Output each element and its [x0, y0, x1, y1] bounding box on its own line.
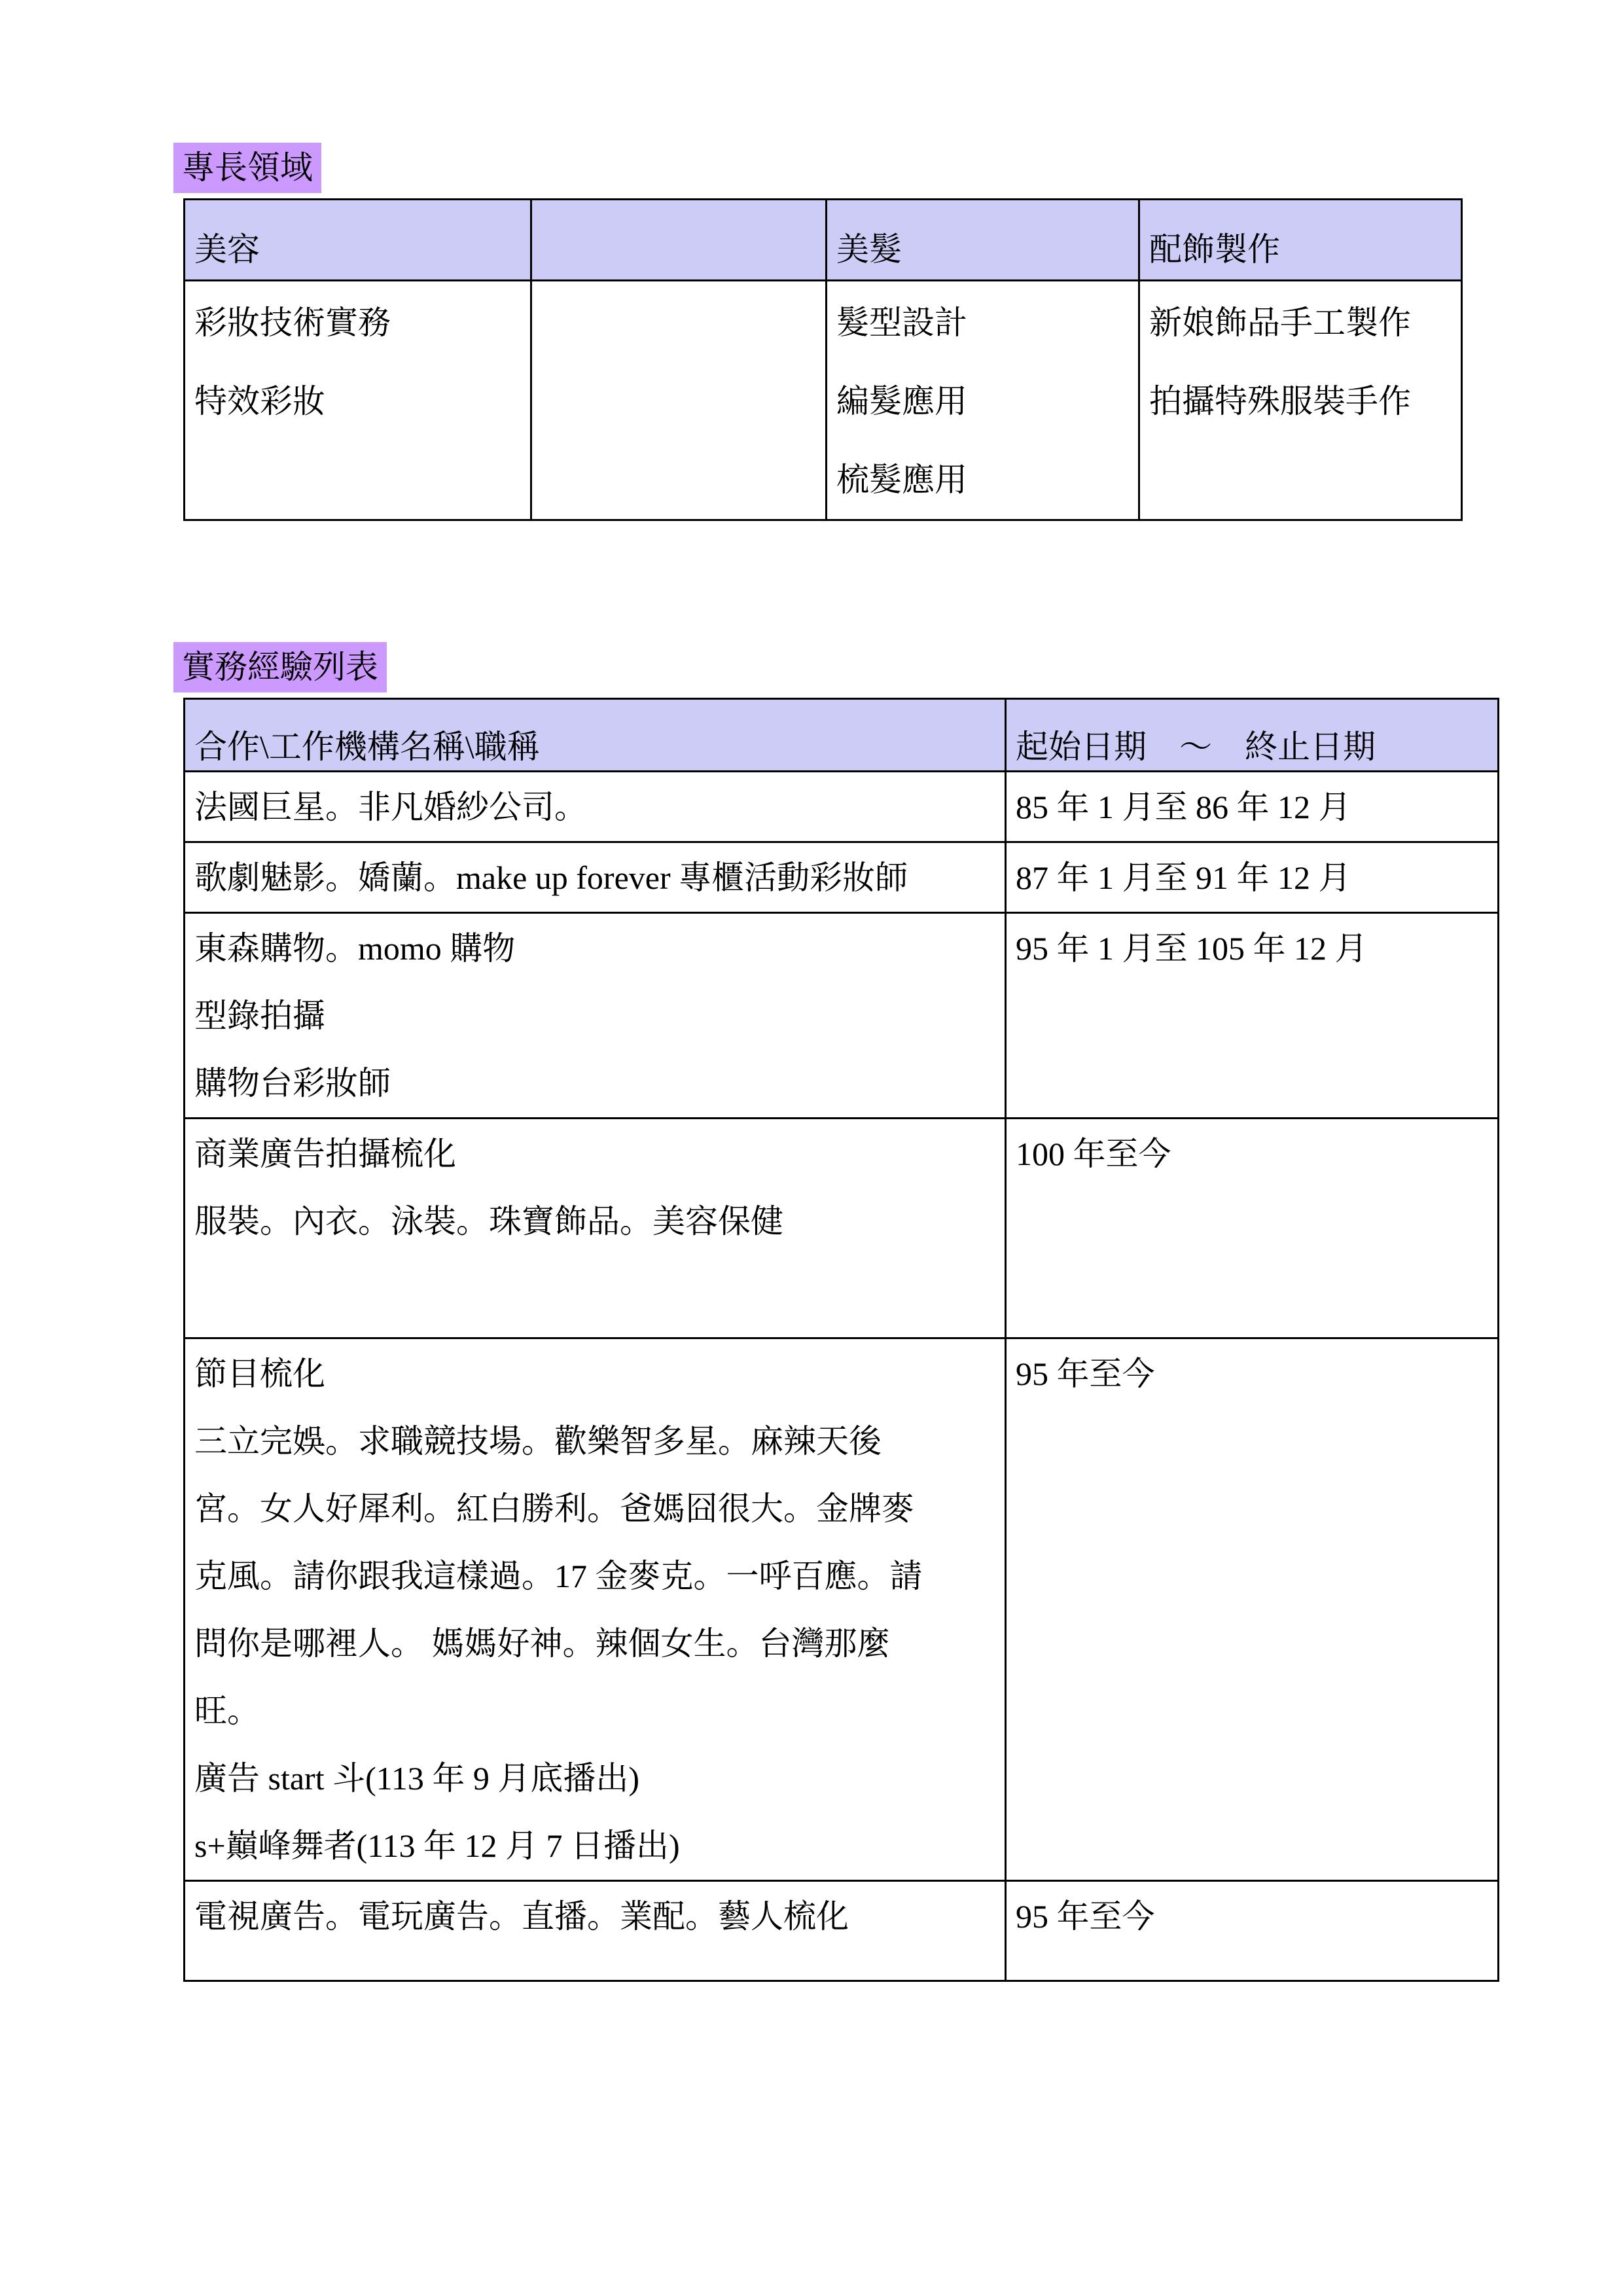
experience-org-line: 旺。: [194, 1677, 995, 1745]
experience-dates-cell: 95 年至今: [1006, 1881, 1499, 1981]
skills-body-row: 彩妝技術實務 特效彩妝 髮型設計 編髮應用 梳髮應用 新娘飾品手工製作 拍攝特殊…: [185, 281, 1462, 520]
skill-line: 拍攝特殊服裝手作: [1149, 362, 1452, 440]
experience-org-line: 歌劇魅影。嬌蘭。make up forever 專櫃活動彩妝師: [194, 844, 995, 912]
experience-dates-cell: 100 年至今: [1006, 1119, 1499, 1338]
skills-header-beauty-label: 美容: [194, 231, 260, 268]
experience-org-line: 電視廣告。電玩廣告。直播。業配。藝人梳化: [194, 1883, 995, 1950]
experience-org-line: 宮。女人好犀利。紅白勝利。爸媽囧很大。金牌麥: [194, 1475, 995, 1543]
experience-org-line: 廣告 start 斗(113 年 9 月底播出): [194, 1745, 995, 1812]
experience-org-line: 法國巨星。非凡婚紗公司。: [194, 774, 995, 841]
experience-org-cell: 歌劇魅影。嬌蘭。make up forever 專櫃活動彩妝師: [185, 842, 1006, 913]
experience-row: 法國巨星。非凡婚紗公司。 85 年 1 月至 86 年 12 月: [185, 772, 1499, 842]
skills-cell-accessory-making: 新娘飾品手工製作 拍攝特殊服裝手作: [1139, 281, 1462, 520]
skill-line: 梳髮應用: [836, 440, 1129, 519]
experience-dates-value: 95 年 1 月至 105 年 12 月: [1016, 915, 1488, 982]
skills-header-empty: [531, 200, 827, 281]
skills-cell-beauty: 彩妝技術實務 特效彩妝: [185, 281, 531, 520]
skill-line: 髮型設計: [836, 283, 1129, 362]
experience-org-line: 型錄拍攝: [194, 982, 995, 1050]
skills-header-accessory-making-label: 配飾製作: [1149, 231, 1280, 268]
experience-header-row: 合作\工作機構名稱\職稱 起始日期 ～ 終止日期: [185, 699, 1499, 772]
skills-header-row: 美容 美髮 配飾製作: [185, 200, 1462, 281]
experience-org-line: 東森購物。momo 購物: [194, 915, 995, 982]
experience-org-cell: 節目梳化 三立完娛。求職競技場。歡樂智多星。麻辣天後 宮。女人好犀利。紅白勝利。…: [185, 1338, 1006, 1881]
experience-org-line: 節目梳化: [194, 1340, 995, 1408]
experience-row: 節目梳化 三立完娛。求職競技場。歡樂智多星。麻辣天後 宮。女人好犀利。紅白勝利。…: [185, 1338, 1499, 1881]
skills-header-hairdressing: 美髮: [827, 200, 1139, 281]
skills-header-hairdressing-label: 美髮: [836, 231, 902, 268]
document-page: 專長領域 美容 美髮 配飾製作: [0, 0, 1623, 2296]
experience-org-line: 問你是哪裡人。 媽媽好神。辣個女生。台灣那麼: [194, 1610, 995, 1677]
skill-line: 彩妝技術實務: [194, 283, 521, 362]
experience-row: 商業廣告拍攝梳化 服裝。內衣。泳裝。珠寶飾品。美容保健 100 年至今: [185, 1119, 1499, 1338]
skill-line: [541, 283, 816, 362]
skills-header-accessory-making: 配飾製作: [1139, 200, 1462, 281]
experience-row: 東森購物。momo 購物 型錄拍攝 購物台彩妝師 95 年 1 月至 105 年…: [185, 913, 1499, 1119]
experience-header-organization: 合作\工作機構名稱\職稱: [185, 699, 1006, 772]
experience-header-organization-label: 合作\工作機構名稱\職稱: [194, 728, 540, 765]
section-heading-skills: 專長領域: [173, 143, 321, 193]
experience-org-line: 購物台彩妝師: [194, 1050, 995, 1117]
skill-line: 特效彩妝: [194, 362, 521, 440]
experience-org-line: 三立完娛。求職競技場。歡樂智多星。麻辣天後: [194, 1408, 995, 1475]
skill-line: 新娘飾品手工製作: [1149, 283, 1452, 362]
section-heading-experience: 實務經驗列表: [173, 642, 387, 692]
experience-org-line: s+巔峰舞者(113 年 12 月 7 日播出): [194, 1812, 995, 1880]
experience-dates-value: 85 年 1 月至 86 年 12 月: [1016, 774, 1488, 841]
experience-table: 合作\工作機構名稱\職稱 起始日期 ～ 終止日期 法國巨星。非凡婚紗公司。 85…: [183, 698, 1499, 1982]
experience-row: 歌劇魅影。嬌蘭。make up forever 專櫃活動彩妝師 87 年 1 月…: [185, 842, 1499, 913]
experience-dates-cell: 87 年 1 月至 91 年 12 月: [1006, 842, 1499, 913]
skill-line: 編髮應用: [836, 362, 1129, 440]
experience-org-cell: 電視廣告。電玩廣告。直播。業配。藝人梳化: [185, 1881, 1006, 1981]
experience-row: 電視廣告。電玩廣告。直播。業配。藝人梳化 95 年至今: [185, 1881, 1499, 1981]
skills-cell-empty: [531, 281, 827, 520]
experience-org-line: [194, 1255, 995, 1323]
experience-dates-value: 87 年 1 月至 91 年 12 月: [1016, 844, 1488, 912]
experience-org-line: 商業廣告拍攝梳化: [194, 1121, 995, 1188]
experience-dates-cell: 95 年至今: [1006, 1338, 1499, 1881]
experience-dates-cell: 85 年 1 月至 86 年 12 月: [1006, 772, 1499, 842]
experience-org-line: 服裝。內衣。泳裝。珠寶飾品。美容保健: [194, 1188, 995, 1255]
skills-cell-hairdressing: 髮型設計 編髮應用 梳髮應用: [827, 281, 1139, 520]
experience-dates-value: 95 年至今: [1016, 1340, 1488, 1408]
skills-header-beauty: 美容: [185, 200, 531, 281]
experience-header-dates-label: 起始日期 ～ 終止日期: [1016, 728, 1376, 765]
experience-org-line: 克風。請你跟我這樣過。17 金麥克。一呼百應。請: [194, 1543, 995, 1610]
experience-org-cell: 商業廣告拍攝梳化 服裝。內衣。泳裝。珠寶飾品。美容保健: [185, 1119, 1006, 1338]
experience-dates-value: 100 年至今: [1016, 1121, 1488, 1188]
experience-org-cell: 法國巨星。非凡婚紗公司。: [185, 772, 1006, 842]
experience-org-cell: 東森購物。momo 購物 型錄拍攝 購物台彩妝師: [185, 913, 1006, 1119]
experience-dates-cell: 95 年 1 月至 105 年 12 月: [1006, 913, 1499, 1119]
experience-dates-value: 95 年至今: [1016, 1883, 1488, 1950]
experience-header-dates: 起始日期 ～ 終止日期: [1006, 699, 1499, 772]
skills-table: 美容 美髮 配飾製作 彩妝技術實務 特效彩妝: [183, 198, 1463, 521]
